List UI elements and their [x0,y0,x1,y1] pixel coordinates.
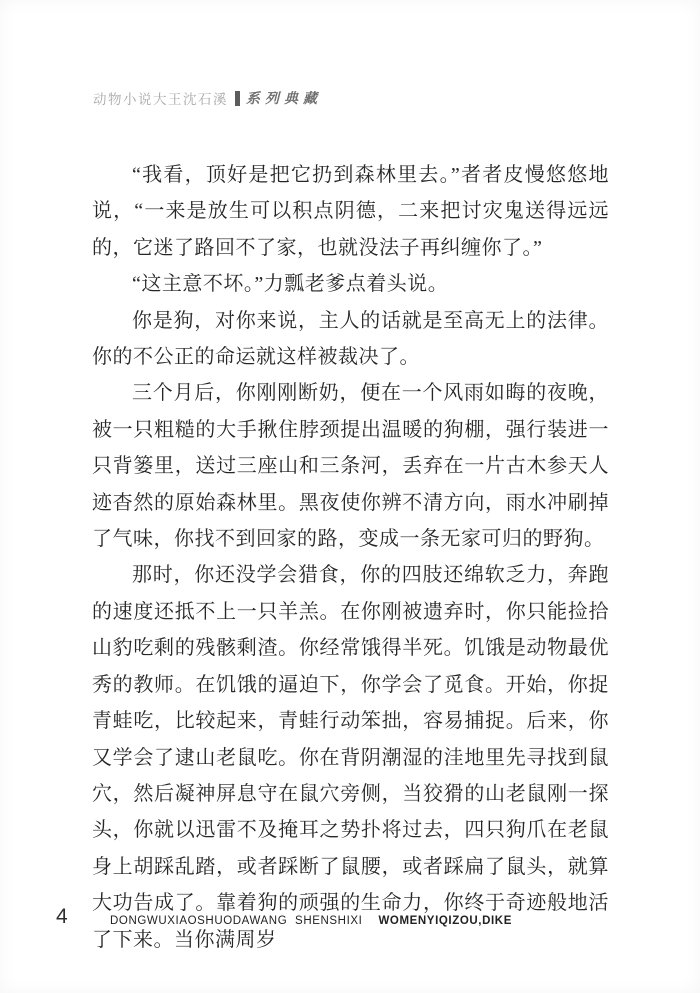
footer-book-title-pinyin: DONGWUXIAOSHUODAWANG SHENSHIXI [110,915,362,927]
footer-chapter-title-pinyin: WOMENYIQIZOU,DIKE [378,915,512,927]
paragraph: 那时，你还没学会猎食，你的四肢还绵软乏力，奔跑的速度还抵不上一只羊羔。在你刚被遗… [92,557,609,957]
footer-line: DONGWUXIAOSHUODAWANG SHENSHIXIWOMENYIQIZ… [110,915,512,927]
series-title: 动物小说大王沈石溪 [93,88,228,108]
page-number: 4 [56,905,68,929]
collection-label: 系列典藏 [246,88,322,108]
body-text-block: “我看，顶好是把它扔到森林里去。”者者皮慢悠悠地说，“一来是放生可以积点阴德，二… [92,157,609,958]
paragraph: 你是狗，对你来说，主人的话就是至高无上的法律。你的不公正的命运就这样被裁决了。 [92,303,609,376]
paragraph: 三个月后，你刚刚断奶，便在一个风雨如晦的夜晚，被一只粗糙的大手揪住脖颈提出温暖的… [92,375,609,557]
paragraph: “我看，顶好是把它扔到森林里去。”者者皮慢悠悠地说，“一来是放生可以积点阴德，二… [92,157,609,266]
header-divider-bar-icon [235,91,240,106]
paragraph: “这主意不坏。”力瓢老爹点着头说。 [92,266,609,302]
page-footer: 4 DONGWUXIAOSHUODAWANG SHENSHIXIWOMENYIQ… [0,903,700,943]
running-head: 动物小说大王沈石溪 系列典藏 [93,88,322,108]
book-page: 动物小说大王沈石溪 系列典藏 “我看，顶好是把它扔到森林里去。”者者皮慢悠悠地说… [0,0,700,993]
